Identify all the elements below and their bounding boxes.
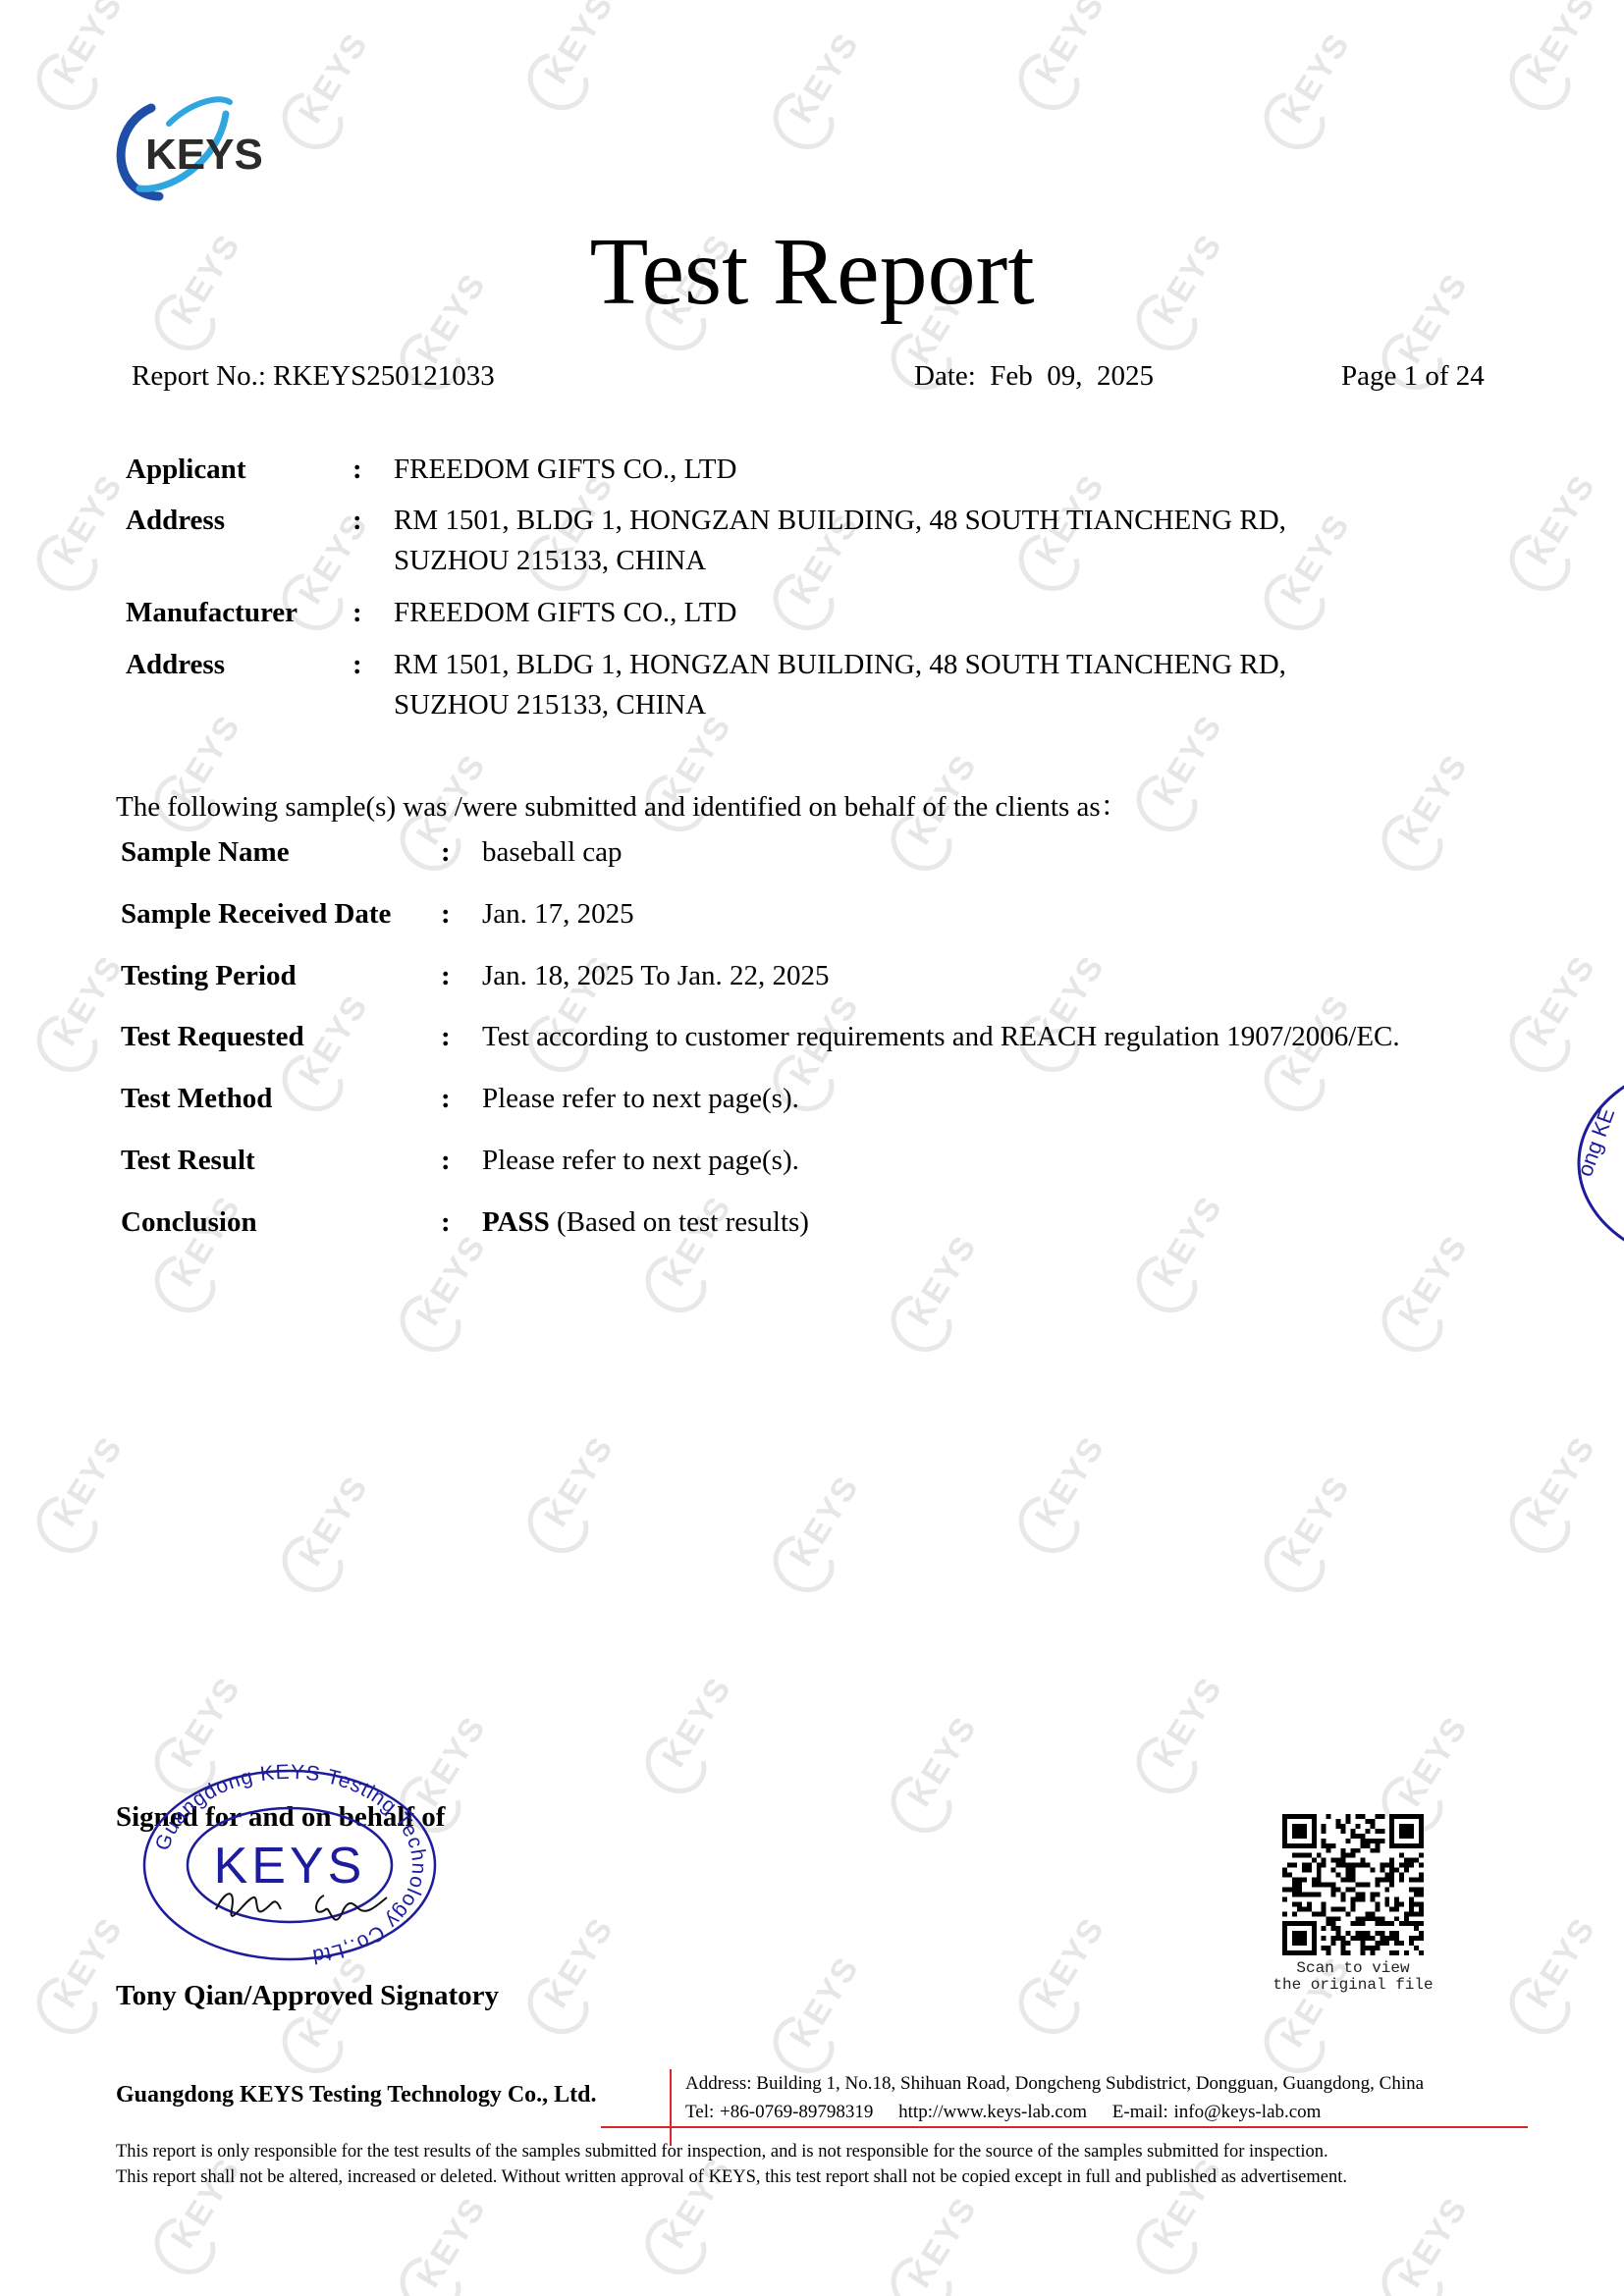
qr-code[interactable] [1282, 1814, 1424, 1955]
report-number: Report No.: RKEYS250121033 [132, 360, 495, 393]
footer-tel: Tel: +86-0769-89798319 [685, 2102, 873, 2122]
watermark-logo: KEYS [292, 27, 376, 131]
sample-value: Please refer to next page(s). [482, 1083, 799, 1115]
party-value: RM 1501, BLDG 1, HONGZAN BUILDING, 48 SO… [394, 501, 1286, 541]
sample-colon: : [441, 1145, 451, 1177]
watermark-logo: KEYS [292, 507, 376, 612]
party-label: Address [126, 645, 225, 685]
sample-colon: : [441, 960, 451, 992]
sample-value: PASS (Based on test results) [482, 1206, 809, 1239]
watermark-logo: KEYS [537, 1911, 622, 2015]
svg-text:KEYS: KEYS [145, 131, 263, 179]
sample-colon: : [441, 898, 451, 931]
sample-value: Test according to customer requirements … [482, 1021, 1400, 1053]
watermark-logo: KEYS [1273, 27, 1358, 131]
party-colon: : [352, 501, 362, 541]
keys-logo: KEYS [110, 94, 267, 202]
sample-row: Test Result:Please refer to next page(s)… [0, 1145, 1624, 1184]
watermark-logo: KEYS [1146, 709, 1230, 813]
watermark-logo: KEYS [1028, 1911, 1112, 2015]
party-colon: : [352, 593, 362, 633]
qr-caption-line1: Scan to view [1267, 1960, 1439, 1977]
footer-divider-vertical [670, 2069, 672, 2146]
disclaimer-line-2: This report shall not be altered, increa… [116, 2167, 1347, 2188]
sample-label: Sample Received Date [121, 898, 391, 931]
sample-label: Conclusion [121, 1206, 257, 1239]
sample-colon: : [441, 836, 451, 869]
party-value: FREEDOM GIFTS CO., LTD [394, 593, 736, 633]
party-label: Manufacturer [126, 593, 298, 633]
party-value: RM 1501, BLDG 1, HONGZAN BUILDING, 48 SO… [394, 645, 1286, 685]
party-label: Address [126, 501, 225, 541]
watermark-logo: KEYS [1519, 1911, 1603, 2015]
watermark-logo: KEYS [900, 1710, 985, 1814]
watermark-logo: KEYS [1028, 0, 1112, 90]
qr-caption: Scan to view the original file [1267, 1960, 1439, 1994]
sample-label: Testing Period [121, 960, 297, 992]
svg-text:KEYS: KEYS [214, 1838, 366, 1895]
company-stamp: Guangdong KEYS Testing Technology Co.,Lt… [137, 1762, 442, 1968]
watermark-logo: KEYS [537, 0, 622, 90]
watermark-logo: KEYS [1273, 1469, 1358, 1574]
sample-value: Jan. 17, 2025 [482, 898, 634, 931]
party-colon: : [352, 450, 362, 490]
sample-value: Jan. 18, 2025 To Jan. 22, 2025 [482, 960, 829, 992]
watermark-logo: KEYS [783, 1950, 867, 2055]
watermark-logo: KEYS [783, 27, 867, 131]
watermark-logo: KEYS [1391, 1710, 1476, 1814]
footer-divider-horizontal [601, 2126, 1528, 2128]
sample-row: Testing Period:Jan. 18, 2025 To Jan. 22,… [0, 960, 1624, 999]
sample-value: baseball cap [482, 836, 623, 869]
watermark-logo: KEYS [1519, 468, 1603, 572]
partial-stamp: ong KE [1569, 1050, 1624, 1276]
watermark-logo: KEYS [409, 2191, 494, 2295]
watermark-logo: KEYS [537, 1430, 622, 1534]
sample-colon: : [441, 1021, 451, 1053]
sample-row: Sample Received Date:Jan. 17, 2025 [0, 898, 1624, 937]
svg-text:ong KE: ong KE [1572, 1104, 1619, 1179]
watermark-logo: KEYS [1146, 1671, 1230, 1775]
sample-colon: : [441, 1206, 451, 1239]
sample-row: Conclusion:PASS (Based on test results) [0, 1206, 1624, 1246]
sample-label: Test Requested [121, 1021, 304, 1053]
watermark-logo: KEYS [1519, 0, 1603, 90]
footer-website-link[interactable]: http://www.keys-lab.com [898, 2102, 1087, 2122]
disclaimer-line-1: This report is only responsible for the … [116, 2142, 1328, 2163]
party-value: SUZHOU 215133, CHINA [394, 541, 706, 581]
watermark-logo: KEYS [655, 1671, 739, 1775]
sample-label: Test Result [121, 1145, 255, 1177]
footer-address: Address: Building 1, No.18, Shihuan Road… [685, 2073, 1424, 2095]
footer-company: Guangdong KEYS Testing Technology Co., L… [116, 2082, 597, 2109]
party-colon: : [352, 645, 362, 685]
sample-label: Sample Name [121, 836, 290, 869]
party-value: FREEDOM GIFTS CO., LTD [394, 450, 736, 490]
sample-value: Please refer to next page(s). [482, 1145, 799, 1177]
intro-text: The following sample(s) was /were submit… [116, 784, 1129, 825]
watermark-logo: KEYS [783, 1469, 867, 1574]
watermark-logo: KEYS [1028, 1430, 1112, 1534]
watermark-logo: KEYS [164, 1671, 248, 1775]
page-title: Test Report [0, 224, 1624, 320]
sample-row: Test Method:Please refer to next page(s)… [0, 1083, 1624, 1122]
watermark-logo: KEYS [292, 1469, 376, 1574]
party-value: SUZHOU 215133, CHINA [394, 685, 706, 725]
watermark-logo: KEYS [46, 0, 131, 90]
report-date: Date: Feb 09, 2025 [914, 360, 1154, 393]
footer-contact: Tel: +86-0769-89798319 http://www.keys-l… [685, 2102, 1340, 2123]
sample-label: Test Method [121, 1083, 272, 1115]
watermark-logo: KEYS [46, 1430, 131, 1534]
conclusion-note: (Based on test results) [550, 1206, 809, 1238]
watermark-logo: KEYS [1391, 2191, 1476, 2295]
signatory-name: Tony Qian/Approved Signatory [116, 1980, 499, 2012]
sample-colon: : [441, 1083, 451, 1115]
watermark-logo: KEYS [46, 468, 131, 572]
qr-caption-line2: the original file [1267, 1977, 1439, 1994]
watermark-logo: KEYS [1519, 1430, 1603, 1534]
sample-row: Test Requested:Test according to custome… [0, 1021, 1624, 1060]
watermark-logo: KEYS [1273, 507, 1358, 612]
page-indicator: Page 1 of 24 [1341, 360, 1485, 393]
conclusion-result: PASS [482, 1206, 550, 1238]
sample-row: Sample Name:baseball cap [0, 836, 1624, 876]
footer-email-link[interactable]: E-mail: info@keys-lab.com [1112, 2102, 1322, 2122]
watermark-logo: KEYS [900, 2191, 985, 2295]
party-label: Applicant [126, 450, 245, 490]
